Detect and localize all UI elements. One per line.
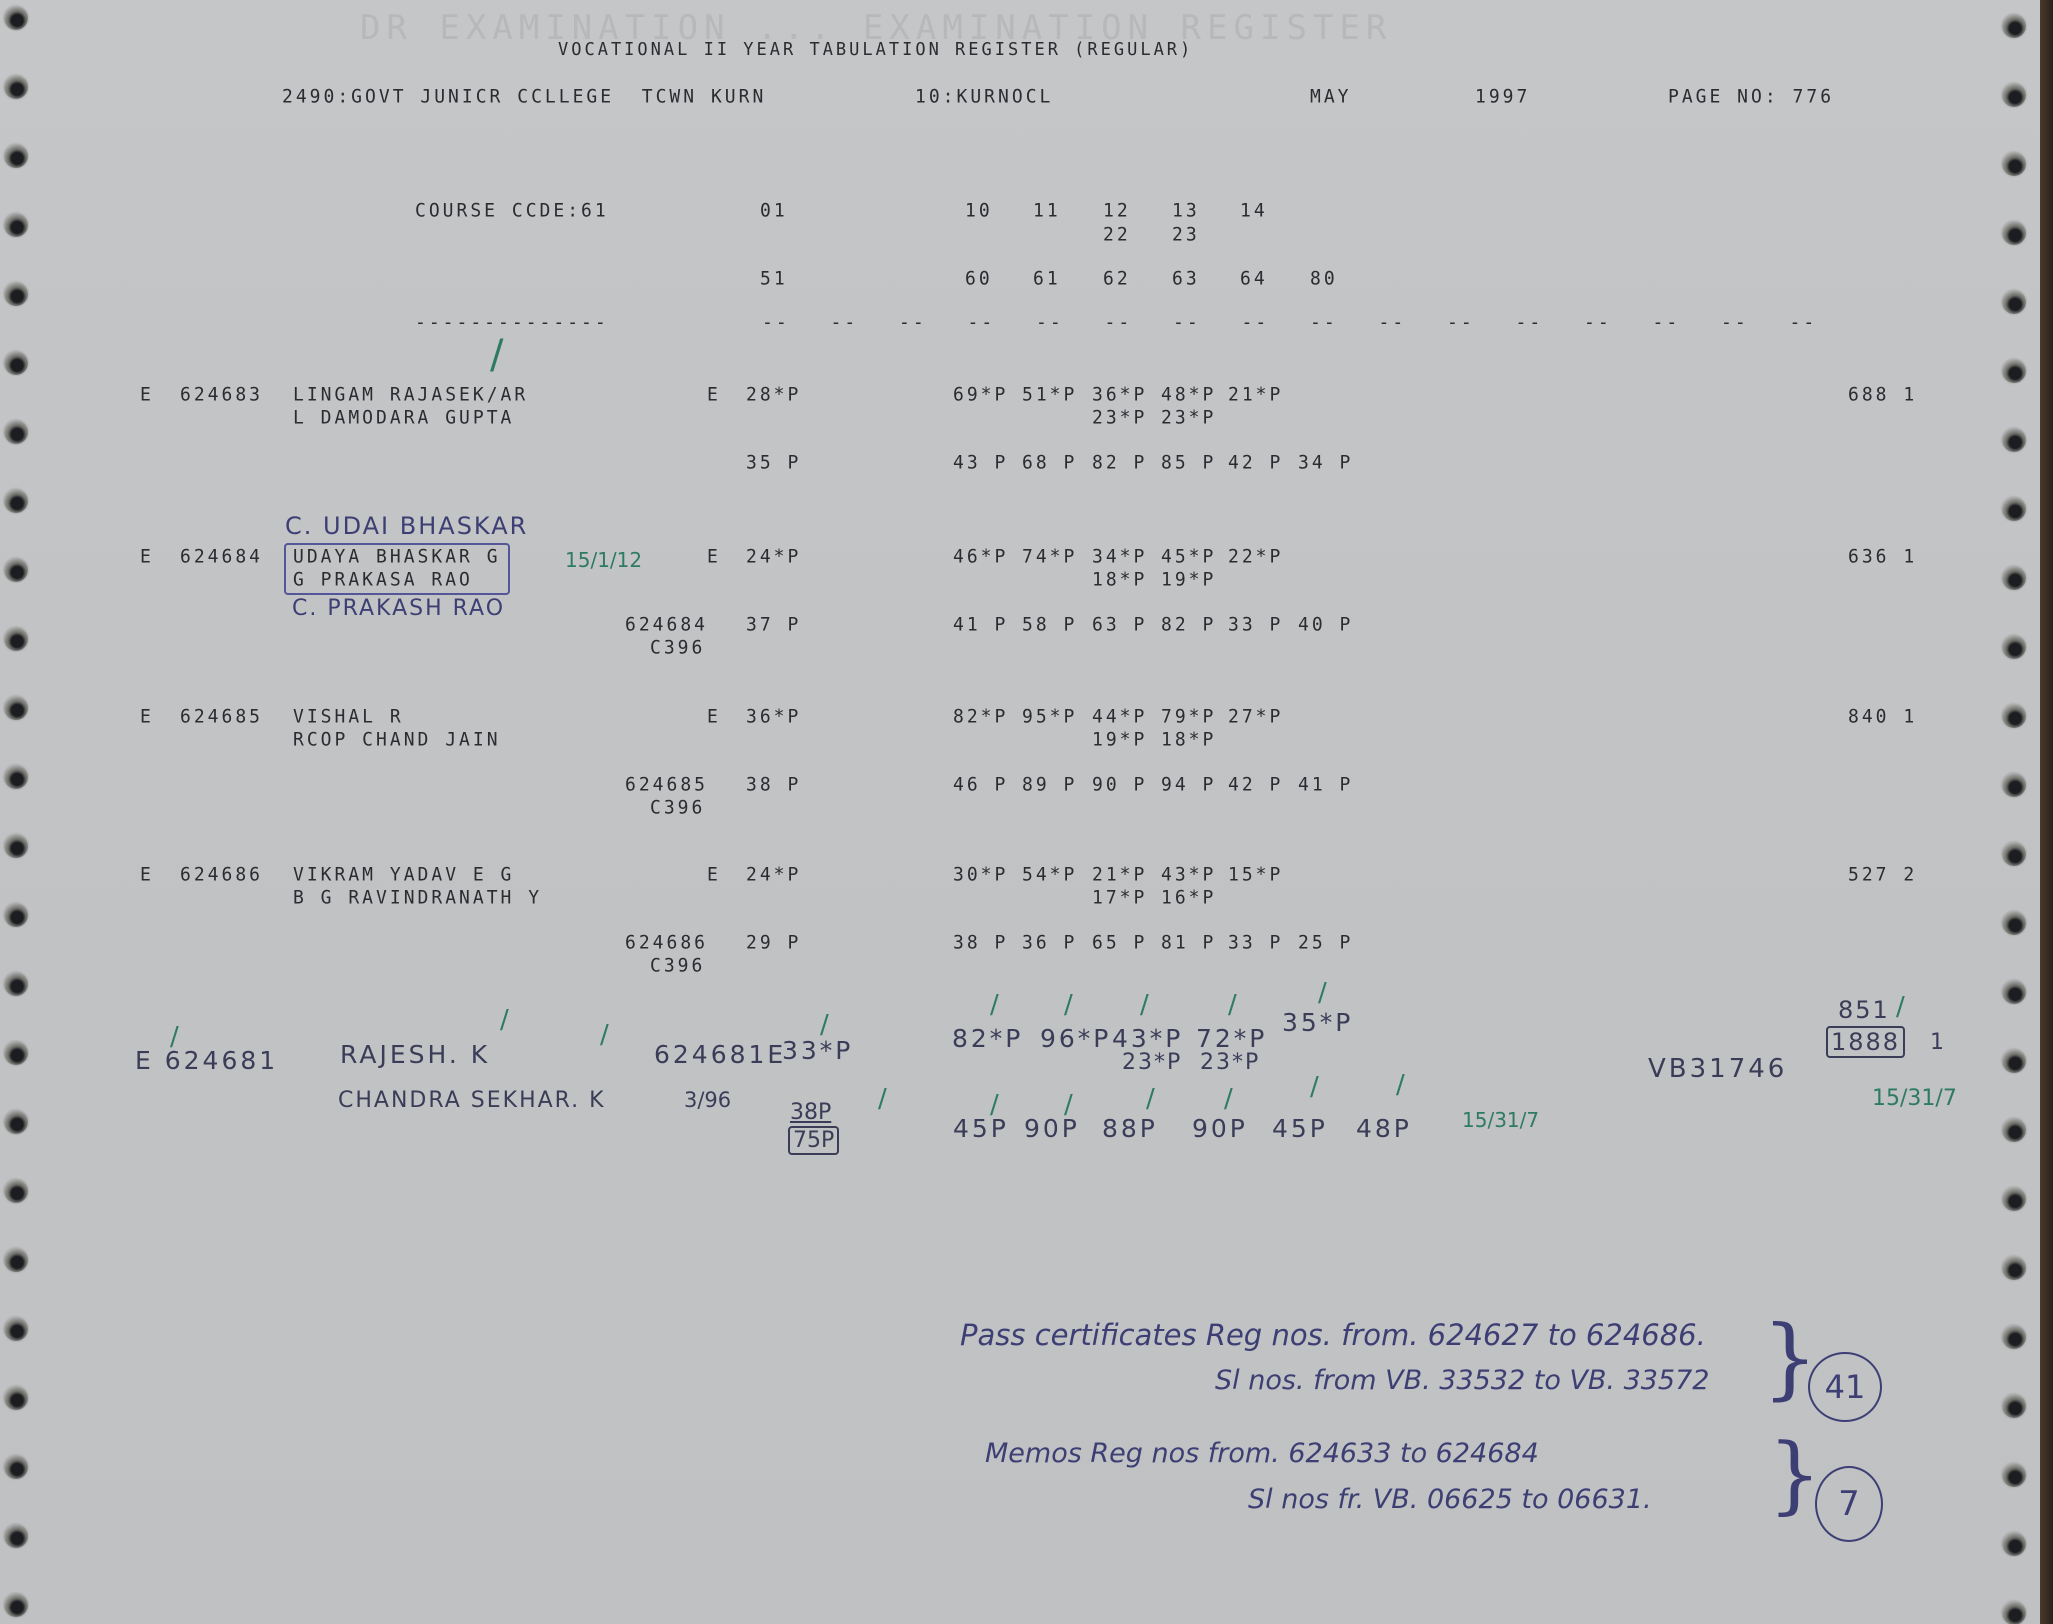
father-name: RCOP CHAND JAIN <box>293 728 501 750</box>
subject-mark: 18*P <box>1161 728 1216 750</box>
feed-hole <box>2002 980 2026 1004</box>
corrected-father-name: C. PRAKASH RAO <box>292 596 505 621</box>
check-mark: / <box>878 1084 887 1114</box>
subject-mark: 44*P <box>1092 705 1147 727</box>
feed-hole <box>2002 1118 2026 1142</box>
reference-code: C396 <box>650 954 705 976</box>
feed-hole <box>2002 359 2026 383</box>
student-name: RAJESH. K <box>340 1040 490 1069</box>
feed-hole <box>2002 1187 2026 1211</box>
language-total: 75P <box>788 1126 839 1155</box>
feed-hole <box>2002 1463 2026 1487</box>
subject-mark: 46*P <box>953 545 1008 567</box>
medium: E <box>707 705 721 727</box>
subject-mark: 19*P <box>1092 728 1147 750</box>
reference-code: 3/96 <box>684 1088 731 1112</box>
subject-code-header: 63 <box>1172 267 1200 289</box>
certificate-number: VB31746 <box>1648 1054 1787 1084</box>
brace-2: } <box>1768 1432 1821 1516</box>
subject-code-header: 13 <box>1172 199 1200 221</box>
subject-mark: 18*P <box>1092 568 1147 590</box>
check-mark: / <box>490 332 503 378</box>
check-mark: / <box>1064 1090 1073 1120</box>
subject-mark: 34*P <box>1092 545 1147 567</box>
subject-mark: 45P <box>1272 1114 1328 1143</box>
district: 10:KURNOCL <box>915 85 1053 107</box>
memo-count: 7 <box>1815 1466 1883 1542</box>
feed-hole <box>2002 911 2026 935</box>
subject-code-header: 60 <box>965 267 993 289</box>
check-mark: / <box>170 1022 179 1052</box>
column-separator: -- <box>1653 311 1681 333</box>
feed-hole <box>4 1248 28 1272</box>
initials: 15/31/7 <box>1872 1086 1957 1111</box>
feed-hole <box>2002 152 2026 176</box>
subject-mark: 96*P <box>1040 1024 1111 1053</box>
feed-hole <box>4 75 28 99</box>
feed-hole <box>4 6 28 30</box>
subject-mark: 33 P <box>1228 613 1283 635</box>
father-name: B G RAVINDRANATH Y <box>293 886 542 908</box>
total-marks-corrected: 1888 <box>1826 1026 1905 1058</box>
subject-mark: 42 P <box>1228 773 1283 795</box>
column-separator: -- <box>831 311 859 333</box>
note-pass-certificates-line2: Sl nos. from VB. 33532 to VB. 33572 <box>1215 1365 1709 1396</box>
feed-hole <box>4 627 28 651</box>
subject-mark: 34 P <box>1298 451 1353 473</box>
subject-mark: 82*P <box>952 1024 1023 1053</box>
subject-mark: 58 P <box>1022 613 1077 635</box>
check-mark: / <box>1310 1072 1319 1102</box>
register-title: VOCATIONAL II YEAR TABULATION REGISTER (… <box>558 40 1193 61</box>
subject-mark: 23*P <box>1092 406 1147 428</box>
column-separator: -- <box>1790 311 1818 333</box>
reference-number: 624685 <box>625 773 708 795</box>
note-memos-line1: Memos Reg nos from. 624633 to 624684 <box>985 1438 1539 1469</box>
subject-mark: 48P <box>1356 1114 1412 1143</box>
medium: E <box>707 545 721 567</box>
subject-mark: 16*P <box>1161 886 1216 908</box>
registration-number: 624686 <box>180 863 263 885</box>
subject-mark: 90P <box>1192 1114 1248 1143</box>
student-name: VISHAL R <box>293 705 404 727</box>
feed-hole <box>4 1524 28 1548</box>
subject-mark: 51*P <box>1022 383 1077 405</box>
subject-mark: 72*P <box>1196 1024 1267 1053</box>
exam-year: 1997 <box>1475 85 1530 107</box>
check-mark: / <box>1224 1084 1233 1114</box>
feed-hole <box>2002 635 2026 659</box>
subject-code-header: 11 <box>1033 199 1061 221</box>
check-mark: / <box>1896 992 1905 1022</box>
feed-hole <box>2002 842 2026 866</box>
subject-mark: 48*P <box>1161 383 1216 405</box>
subject-mark: 41 P <box>1298 773 1353 795</box>
subject-mark: 33 P <box>1228 931 1283 953</box>
subject-mark: 21*P <box>1092 863 1147 885</box>
feed-hole <box>4 213 28 237</box>
note-pass-certificates-line1: Pass certificates Reg nos. from. 624627 … <box>960 1318 1706 1352</box>
column-separator: -- <box>1584 311 1612 333</box>
feed-hole <box>2002 1256 2026 1280</box>
subject-mark: 25 P <box>1298 931 1353 953</box>
feed-hole <box>4 972 28 996</box>
feed-hole <box>4 1386 28 1410</box>
feed-hole <box>2002 497 2026 521</box>
check-mark: / <box>1140 990 1149 1020</box>
subject-code-header: 61 <box>1033 267 1061 289</box>
subject-mark: 23*P <box>1122 1050 1182 1075</box>
feed-hole <box>2002 1049 2026 1073</box>
check-mark: / <box>1146 1084 1155 1114</box>
language-mark: 38 P <box>746 773 801 795</box>
feed-hole <box>2002 1394 2026 1418</box>
check-mark: / <box>1396 1070 1405 1100</box>
subject-mark: 79*P <box>1161 705 1216 727</box>
subject-mark: 68 P <box>1022 451 1077 473</box>
subject-code-header: 62 <box>1103 267 1131 289</box>
subject-mark: 82 P <box>1161 613 1216 635</box>
feed-hole <box>4 696 28 720</box>
subject-code-header: 12 <box>1103 199 1131 221</box>
column-separator: -- <box>1105 311 1133 333</box>
feed-hole <box>4 1593 28 1617</box>
college-name: 2490:GOVT JUNICR CCLLEGE TCWN KURN <box>282 85 766 107</box>
column-separator: -- <box>1516 311 1544 333</box>
feed-hole <box>2002 773 2026 797</box>
column-separator: -- <box>1036 311 1064 333</box>
subject-mark: 85 P <box>1161 451 1216 473</box>
subject-mark: 46 P <box>953 773 1008 795</box>
subject-mark: 43*P <box>1112 1024 1183 1053</box>
feed-hole <box>4 420 28 444</box>
check-mark: / <box>990 1090 999 1120</box>
total-and-division: 636 1 <box>1848 545 1917 567</box>
subject-mark: 30*P <box>953 863 1008 885</box>
check-mark: / <box>990 990 999 1020</box>
language-mark: 33*P <box>782 1036 853 1065</box>
check-mark: / <box>1318 978 1327 1008</box>
feed-hole <box>2002 14 2026 38</box>
subject-mark: 45P <box>953 1114 1009 1143</box>
subject-code-header: 80 <box>1310 267 1338 289</box>
language-mark: 38P <box>790 1100 831 1125</box>
total-and-division: 840 1 <box>1848 705 1917 727</box>
feed-hole <box>4 489 28 513</box>
subject-code-header: 01 <box>760 199 788 221</box>
subject-mark: 36*P <box>1092 383 1147 405</box>
record-type: E <box>140 705 154 727</box>
student-name: VIKRAM YADAV E G <box>293 863 514 885</box>
subject-mark: 89 P <box>1022 773 1077 795</box>
medium: E <box>707 863 721 885</box>
column-separator: -- <box>899 311 927 333</box>
subject-code-header: 51 <box>760 267 788 289</box>
subject-mark: 42 P <box>1228 451 1283 473</box>
total-marks-original: 851 <box>1838 996 1890 1024</box>
feed-hole <box>2002 290 2026 314</box>
subject-mark: 40 P <box>1298 613 1353 635</box>
language-mark: 35 P <box>746 451 801 473</box>
total-and-division: 688 1 <box>1848 383 1917 405</box>
check-mark: / <box>500 1005 509 1035</box>
note-memos-line2: Sl nos fr. VB. 06625 to 06631. <box>1248 1484 1652 1515</box>
reference-code: C396 <box>650 796 705 818</box>
subject-mark: 74*P <box>1022 545 1077 567</box>
column-separator: -- <box>1242 311 1270 333</box>
subject-mark: 81 P <box>1161 931 1216 953</box>
column-separator: -- <box>762 311 790 333</box>
subject-mark: 36 P <box>1022 931 1077 953</box>
language-mark: 36*P <box>746 705 801 727</box>
language-mark: 29 P <box>746 931 801 953</box>
subject-mark: 88P <box>1102 1114 1158 1143</box>
father-name: L DAMODARA GUPTA <box>293 406 514 428</box>
subject-mark: 54*P <box>1022 863 1077 885</box>
subject-mark: 19*P <box>1161 568 1216 590</box>
subject-mark: 69*P <box>953 383 1008 405</box>
column-separator: -- <box>1379 311 1407 333</box>
feed-hole <box>4 144 28 168</box>
subject-mark: 27*P <box>1228 705 1283 727</box>
subject-mark: 23*P <box>1161 406 1216 428</box>
subject-mark: 17*P <box>1092 886 1147 908</box>
feed-hole <box>2002 83 2026 107</box>
certificate-count: 41 <box>1808 1352 1882 1422</box>
subject-mark: 15*P <box>1228 863 1283 885</box>
registration-number: E 624681 <box>135 1046 278 1075</box>
subject-code-header: 64 <box>1240 267 1268 289</box>
check-mark: / <box>600 1020 609 1050</box>
subject-mark: 82*P <box>953 705 1008 727</box>
subject-mark: 38 P <box>953 931 1008 953</box>
feed-hole <box>4 765 28 789</box>
language-mark: 24*P <box>746 545 801 567</box>
subject-mark: 82 P <box>1092 451 1147 473</box>
registration-number: 624685 <box>180 705 263 727</box>
feed-hole <box>2002 1601 2026 1624</box>
feed-hole <box>4 1317 28 1341</box>
subject-mark: 35*P <box>1282 1008 1353 1037</box>
feed-hole <box>4 834 28 858</box>
check-mark: / <box>1064 990 1073 1020</box>
feed-hole <box>2002 566 2026 590</box>
column-separator: -- <box>1173 311 1201 333</box>
reference-code: C396 <box>650 636 705 658</box>
column-separator: -- <box>968 311 996 333</box>
student-name: LINGAM RAJASEK/AR <box>293 383 528 405</box>
subject-mark: 90 P <box>1092 773 1147 795</box>
language-mark: 28*P <box>746 383 801 405</box>
subject-code-header: 14 <box>1240 199 1268 221</box>
feed-hole <box>2002 704 2026 728</box>
subject-mark: 63 P <box>1092 613 1147 635</box>
subject-mark: 22*P <box>1228 545 1283 567</box>
feed-hole <box>2002 1325 2026 1349</box>
feed-hole <box>2002 1532 2026 1556</box>
feed-hole <box>4 1455 28 1479</box>
course-code: COURSE CCDE:61 <box>415 199 609 221</box>
feed-hole <box>2002 221 2026 245</box>
subject-mark: 43 P <box>953 451 1008 473</box>
subject-mark: 23*P <box>1200 1050 1260 1075</box>
record-type: E <box>140 383 154 405</box>
subject-mark: 43*P <box>1161 863 1216 885</box>
page-number: PAGE NO: 776 <box>1668 85 1834 107</box>
reference-number: 624686 <box>625 931 708 953</box>
subject-mark: 41 P <box>953 613 1008 635</box>
subject-mark: 94 P <box>1161 773 1216 795</box>
subject-mark: 95*P <box>1022 705 1077 727</box>
tabulation-register-sheet: DR EXAMINATION ... EXAMINATION REGISTER … <box>0 0 2040 1624</box>
record-type: E <box>140 545 154 567</box>
subject-code-header: 10 <box>965 199 993 221</box>
reference-number: 624684 <box>625 613 708 635</box>
separator-long: -------------- <box>415 311 609 333</box>
feed-hole <box>4 351 28 375</box>
feed-hole <box>4 1110 28 1134</box>
subject-code-header: 22 <box>1103 223 1131 245</box>
exam-month: MAY <box>1310 85 1352 107</box>
subject-mark: 65 P <box>1092 931 1147 953</box>
column-separator: -- <box>1310 311 1338 333</box>
father-name: CHANDRA SEKHAR. K <box>338 1088 606 1113</box>
initials-note: 15/1/12 <box>565 548 642 572</box>
feed-hole <box>2002 428 2026 452</box>
registration-number: 624684 <box>180 545 263 567</box>
medium: E <box>707 383 721 405</box>
corrected-name: C. UDAI BHASKAR <box>285 512 528 540</box>
registration-number: 624683 <box>180 383 263 405</box>
check-mark: / <box>1228 990 1237 1020</box>
record-type: E <box>140 863 154 885</box>
subject-mark: 21*P <box>1228 383 1283 405</box>
paper-edge <box>2040 0 2053 1624</box>
name-correction-box <box>284 543 510 595</box>
total-and-division: 527 2 <box>1848 863 1917 885</box>
column-separator: -- <box>1721 311 1749 333</box>
language-mark: 37 P <box>746 613 801 635</box>
column-separator: -- <box>1447 311 1475 333</box>
language-mark: 24*P <box>746 863 801 885</box>
reference-number: 624681E <box>654 1040 786 1069</box>
subject-code-header: 23 <box>1172 223 1200 245</box>
feed-hole <box>4 1041 28 1065</box>
initials: 15/31/7 <box>1462 1108 1539 1132</box>
feed-hole <box>4 1179 28 1203</box>
feed-hole <box>4 903 28 927</box>
division: 1 <box>1930 1030 1944 1055</box>
feed-hole <box>4 558 28 582</box>
check-mark: / <box>820 1010 829 1040</box>
subject-mark: 45*P <box>1161 545 1216 567</box>
feed-hole <box>4 282 28 306</box>
